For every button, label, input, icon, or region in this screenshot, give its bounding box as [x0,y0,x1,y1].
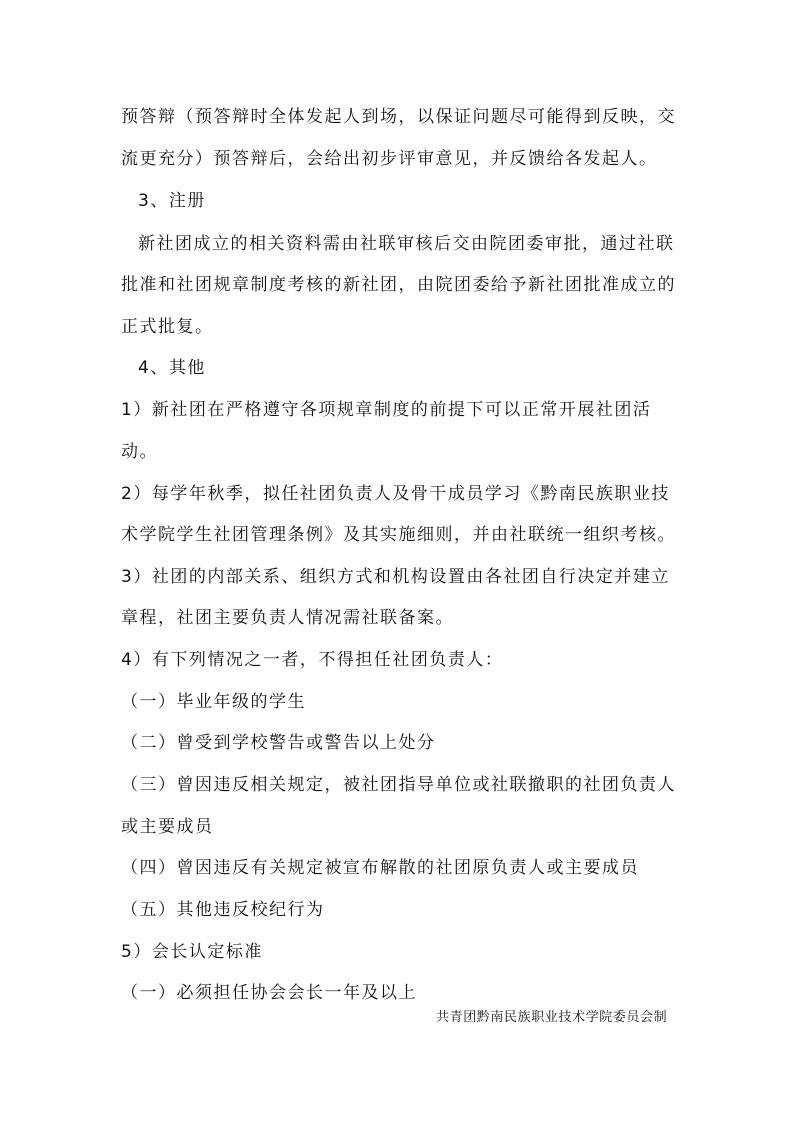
sub-item: （二）曾受到学校警告或警告以上处分 [121,733,677,753]
sub-item: （三）曾因违反相关规定，被社团指导单位或社联撤职的社团负责人 [121,775,677,795]
list-item: 2）每学年秋季，拟任社团负责人及骨干成员学习《黔南民族职业技 [121,484,677,504]
paragraph-line: 流更充分）预答辩后，会给出初步评审意见，并反馈给各发起人。 [121,149,677,169]
list-item-continuation: 章程，社团主要负责人情况需社联备案。 [121,608,677,628]
paragraph-line: 预答辩（预答辩时全体发起人到场，以保证问题尽可能得到反映，交 [121,107,677,127]
sub-item: （四）曾因违反有关规定被宣布解散的社团原负责人或主要成员 [121,858,677,878]
sub-item: （一）毕业年级的学生 [121,692,677,712]
list-item: 4）有下列情况之一者，不得担任社团负责人： [121,650,677,670]
sub-item: （一）必须担任协会会长一年及以上 [121,983,677,1003]
section-heading-register: 3、注册 [138,191,694,211]
paragraph-line: 正式批复。 [121,317,677,337]
page-footer: 共青团黔南民族职业技术学院委员会制 [436,1010,667,1026]
document-page: 预答辩（预答辩时全体发起人到场，以保证问题尽可能得到反映，交 流更充分）预答辩后… [0,0,793,1122]
sub-item-continuation: 或主要成员 [121,817,677,837]
section-heading-other: 4、其他 [138,358,694,378]
list-item: 3）社团的内部关系、组织方式和机构设置由各社团自行决定并建立 [121,567,677,587]
paragraph-line: 新社团成立的相关资料需由社联审核后交由院团委审批，通过社联 [138,234,694,254]
list-item-continuation: 动。 [121,442,677,462]
list-item: 1）新社团在严格遵守各项规章制度的前提下可以正常开展社团活 [121,400,677,420]
list-item: 5）会长认定标准 [121,942,677,962]
sub-item: （五）其他违反校纪行为 [121,900,677,920]
list-item-continuation: 术学院学生社团管理条例》及其实施细则，并由社联统一组织考核。 [121,525,677,545]
paragraph-line: 批准和社团规章制度考核的新社团，由院团委给予新社团批准成立的 [121,275,677,295]
